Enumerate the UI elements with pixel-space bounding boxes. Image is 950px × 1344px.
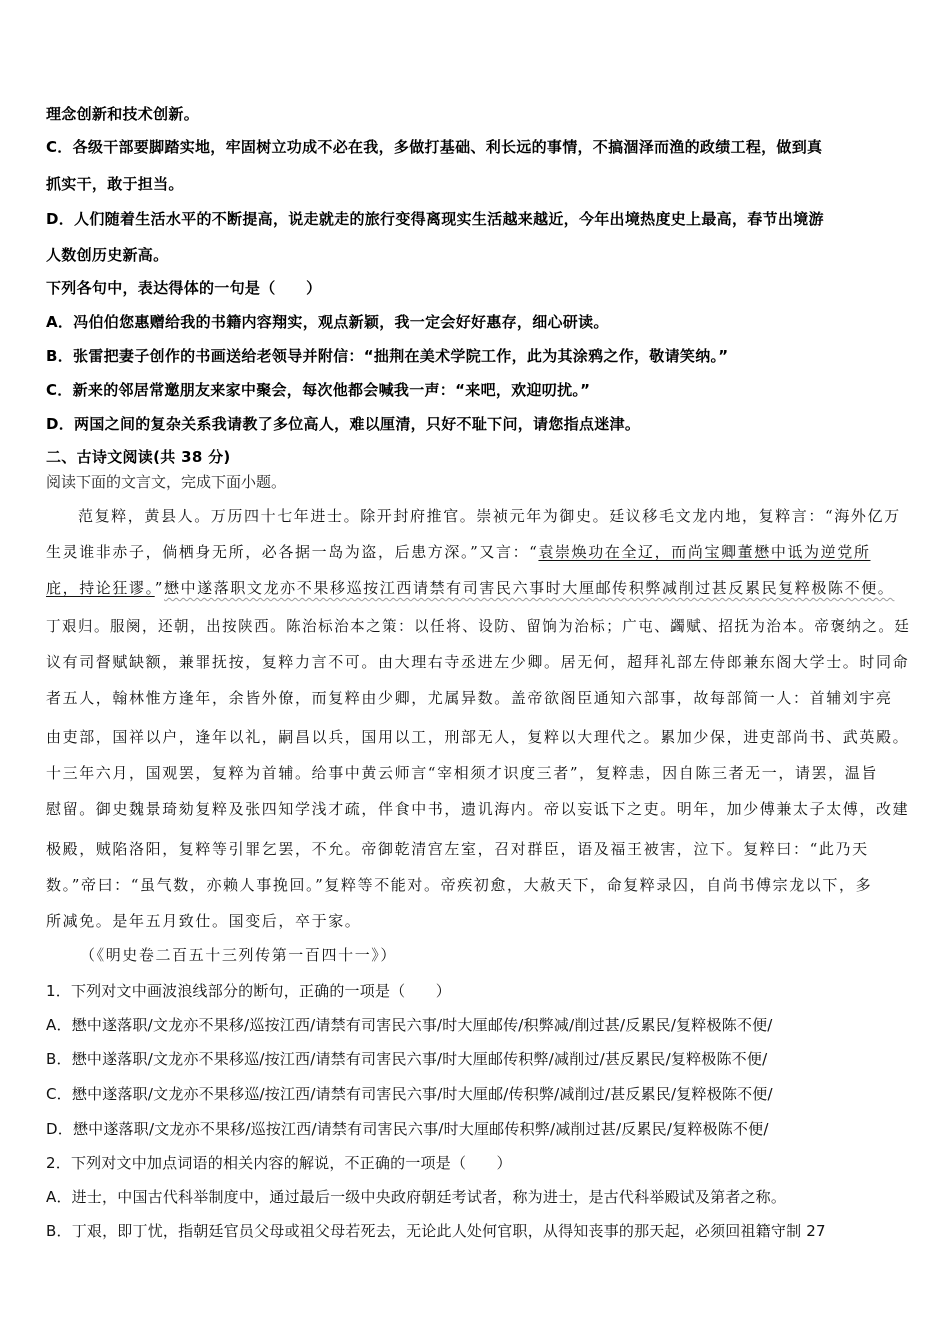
section-instruction: 阅读下面的文言文，完成下面小题。	[46, 472, 286, 492]
q1-option-c: C．懋中遂落职/文龙亦不果移巡/按江西/请禁有司害民六事/时大厘邮/传积弊/减削…	[46, 1084, 773, 1104]
passage-line-9: 慰留。御史魏景琦劾复粹及张四知学浅才疏，伴食中书，遗讥海内。帝以妄诋下之吏。明年…	[46, 799, 909, 819]
passage-line-5: 议有司督赋缺额，兼罪抚按，复粹力言不可。由大理右寺丞进左少卿。居无何，超拜礼部左…	[46, 652, 909, 672]
passage-line-7: 由吏部，国祥以户，逢年以礼，嗣昌以兵，国用以工，刑部无人，复粹以大理代之。累加少…	[46, 727, 909, 747]
passage-line-4: 丁艰归。服阕，还朝，出按陕西。陈治标治本之策：以任将、设防、留饷为治标；广屯、蠲…	[46, 616, 910, 636]
prev-option-c-line1: C．各级干部要脚踏实地，牢固树立功成不必在我，多做打基础、利长远的事情，不搞涸泽…	[46, 137, 822, 157]
expression-option-d: D．两国之间的复杂关系我请教了多位高人，难以厘清，只好不耻下问，请您指点迷津。	[46, 414, 640, 434]
q1-option-b: B．懋中遂落职/文龙亦不果移巡/按江西/请禁有司害民六事/时大厘邮传积弊/减削过…	[46, 1049, 767, 1069]
passage-line-6: 者五人，翰林惟方逢年，余皆外僚，而复粹由少卿，尤属异数。盖帝欲阁臣通知六部事，故…	[46, 688, 893, 708]
expression-option-b: B．张雷把妻子创作的书画送给老领导并附信：“拙荆在美术学院工作，此为其涂鸦之作，…	[46, 346, 728, 366]
prev-option-c-line2: 抓实干，敢于担当。	[46, 174, 184, 194]
underlined-sentence: 袁崇焕功在全辽，而尚宝卿董懋中诋为逆党所	[538, 543, 870, 561]
section-heading: 二、古诗文阅读(共 38 分)	[46, 447, 231, 467]
quote-mark: ”	[155, 579, 164, 597]
passage-line-1: 范复粹，黄县人。万历四十七年进士。除开封府推官。崇祯元年为御史。廷议移毛文龙内地…	[46, 506, 901, 526]
passage-line-11: 数。”帝曰：“虽气数，亦赖人事挽回。”复粹等不能对。帝疾初愈，大赦天下，命复粹录…	[46, 875, 872, 895]
q2-option-a: A．进士，中国古代科举制度中，通过最后一级中央政府朝廷考试者，称为进士，是古代科…	[46, 1187, 786, 1207]
passage-text: 生灵谁非赤子，倘栖身无所，必各据一岛为盗，后患方深。”又言：“	[46, 543, 538, 561]
exam-page: 理念创新和技术创新。 C．各级干部要脚踏实地，牢固树立功成不必在我，多做打基础、…	[0, 0, 950, 1344]
passage-line-12: 所减免。是年五月致仕。国变后，卒于家。	[46, 911, 361, 931]
expression-option-c: C．新来的邻居常邀朋友来家中聚会，每次他都会喊我一声：“来吧，欢迎叨扰。”	[46, 380, 590, 400]
passage-line-3: 庇，持论狂谬。”懋中遂落职文龙亦不果移巡按江西请禁有司害民六事时大厘邮传积弊减削…	[46, 578, 894, 598]
prev-option-tail: 理念创新和技术创新。	[46, 104, 199, 124]
passage-line-2: 生灵谁非赤子，倘栖身无所，必各据一岛为盗，后患方深。”又言：“袁崇焕功在全辽，而…	[46, 542, 870, 562]
q1-option-d: D．懋中遂落职/文龙亦不果移/巡按江西/请禁有司害民六事/时大厘邮传积弊/减削过…	[46, 1119, 769, 1139]
q2-stem: 2．下列对文中加点词语的相关内容的解说，不正确的一项是（ ）	[46, 1153, 512, 1173]
expression-option-a: A．冯伯伯您惠赠给我的书籍内容翔实，观点新颖，我一定会好好惠存，细心研读。	[46, 312, 609, 332]
q1-stem: 1．下列对文中画波浪线部分的断句，正确的一项是（ ）	[46, 981, 451, 1001]
passage-source: （《明史卷二百五十三列传第一百四十一》）	[80, 945, 397, 965]
q2-option-b: B．丁艰，即丁忧，指朝廷官员父母或祖父母若死去，无论此人处何官职，从得知丧事的那…	[46, 1221, 826, 1241]
passage-line-8: 十三年六月，国观罢，复粹为首辅。给事中黄云师言“宰相须才识度三者”，复粹恚，因自…	[46, 763, 878, 783]
q1-option-a: A．懋中遂落职/文龙亦不果移/巡按江西/请禁有司害民六事/时大厘邮传/积弊减/削…	[46, 1015, 773, 1035]
prev-option-d-line1: D．人们随着生活水平的不断提高，说走就走的旅行变得离现实生活越来越近，今年出境热…	[46, 209, 824, 229]
question-stem-expression: 下列各句中，表达得体的一句是（ ）	[46, 278, 321, 298]
wavy-underlined-sentence: 懋中遂落职文龙亦不果移巡按江西请禁有司害民六事时大厘邮传积弊减削过甚反累民复粹极…	[164, 579, 894, 597]
prev-option-d-line2: 人数创历史新高。	[46, 245, 168, 265]
passage-line-10: 极殿，贼陷洛阳，复粹等引罪乞罢，不允。帝御乾清宫左室，召对群臣，语及福王被害，泣…	[46, 839, 869, 859]
underlined-sentence-end: 庇，持论狂谬。	[46, 579, 155, 597]
